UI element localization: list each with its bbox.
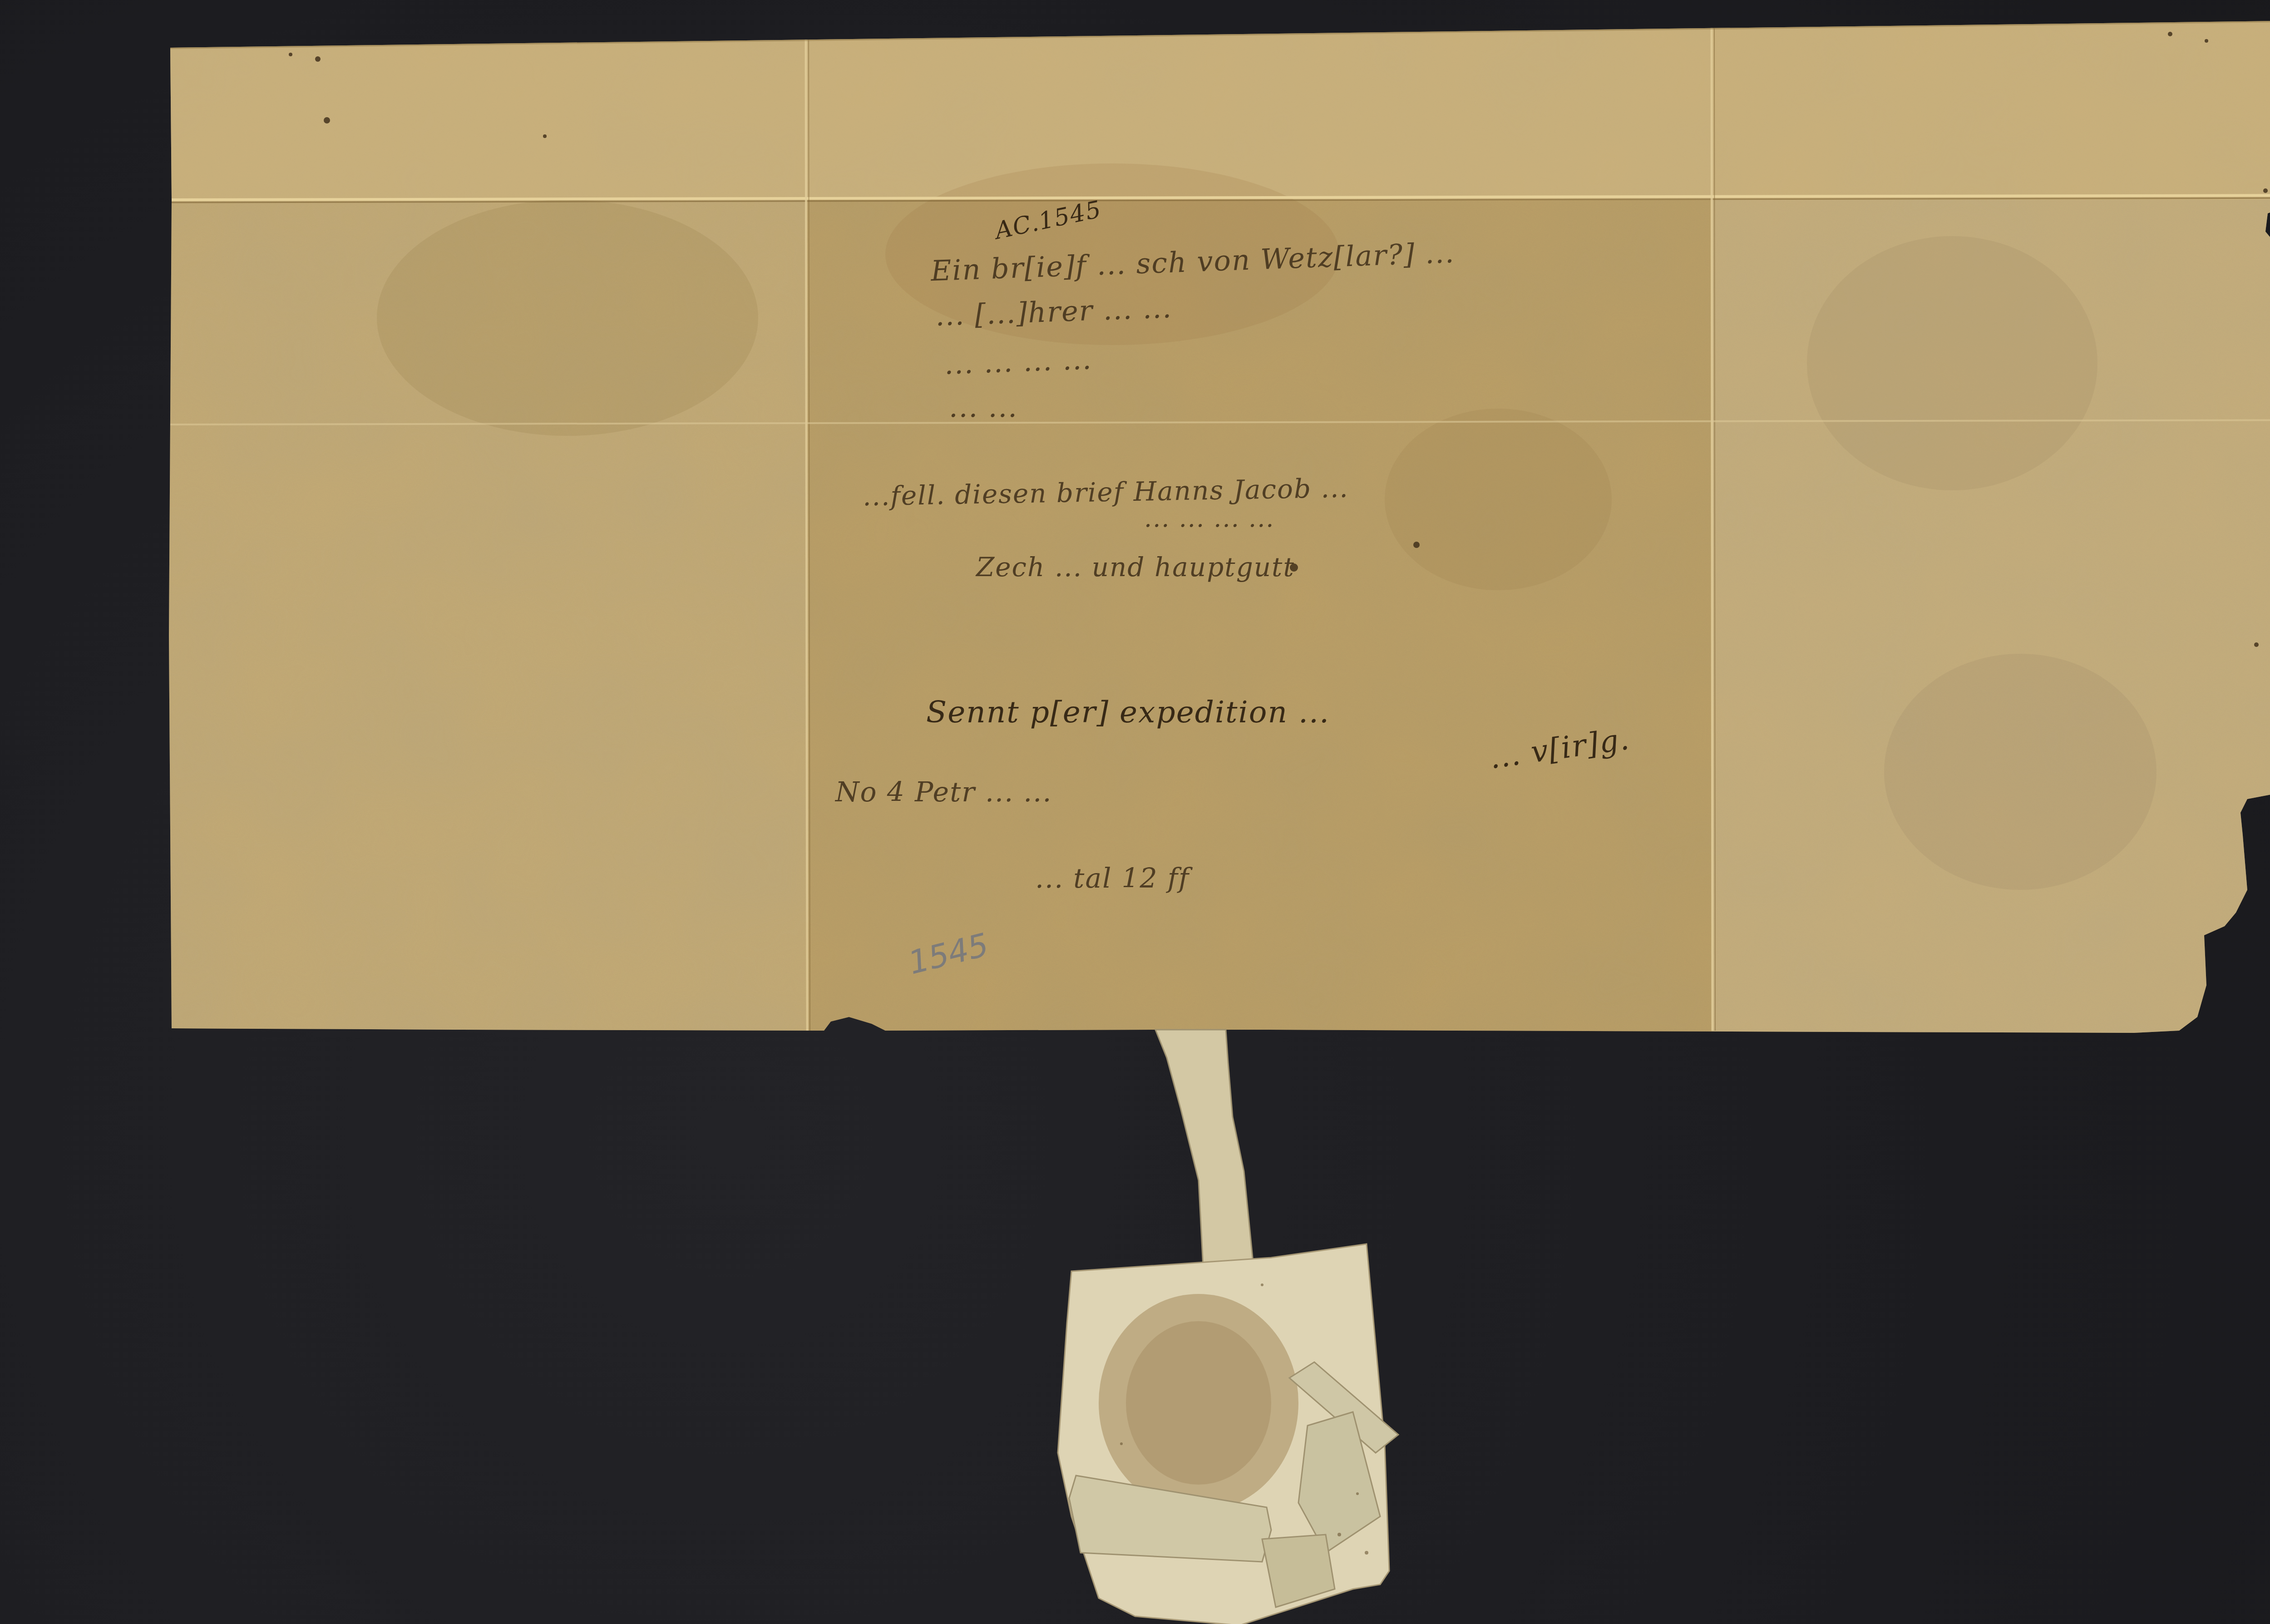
dorsal-line: No 4 Petr ... ... xyxy=(835,776,1052,808)
dorsal-line: ... ... xyxy=(949,390,1018,424)
dorsal-line: ... ... ... ... xyxy=(1144,504,1274,533)
parchment-charter xyxy=(0,0,2270,1624)
seal-tag xyxy=(1155,1030,1253,1267)
seal-packet xyxy=(1058,1244,1398,1624)
dorsal-line: Sennt p[er] expedition ... xyxy=(926,695,1330,730)
dorsal-line: ... ... ... ... xyxy=(944,342,1093,380)
dorsal-line: Zech ... und hauptgutt xyxy=(976,552,1295,582)
dorsal-line: ... tal 12 ff xyxy=(1035,863,1189,894)
